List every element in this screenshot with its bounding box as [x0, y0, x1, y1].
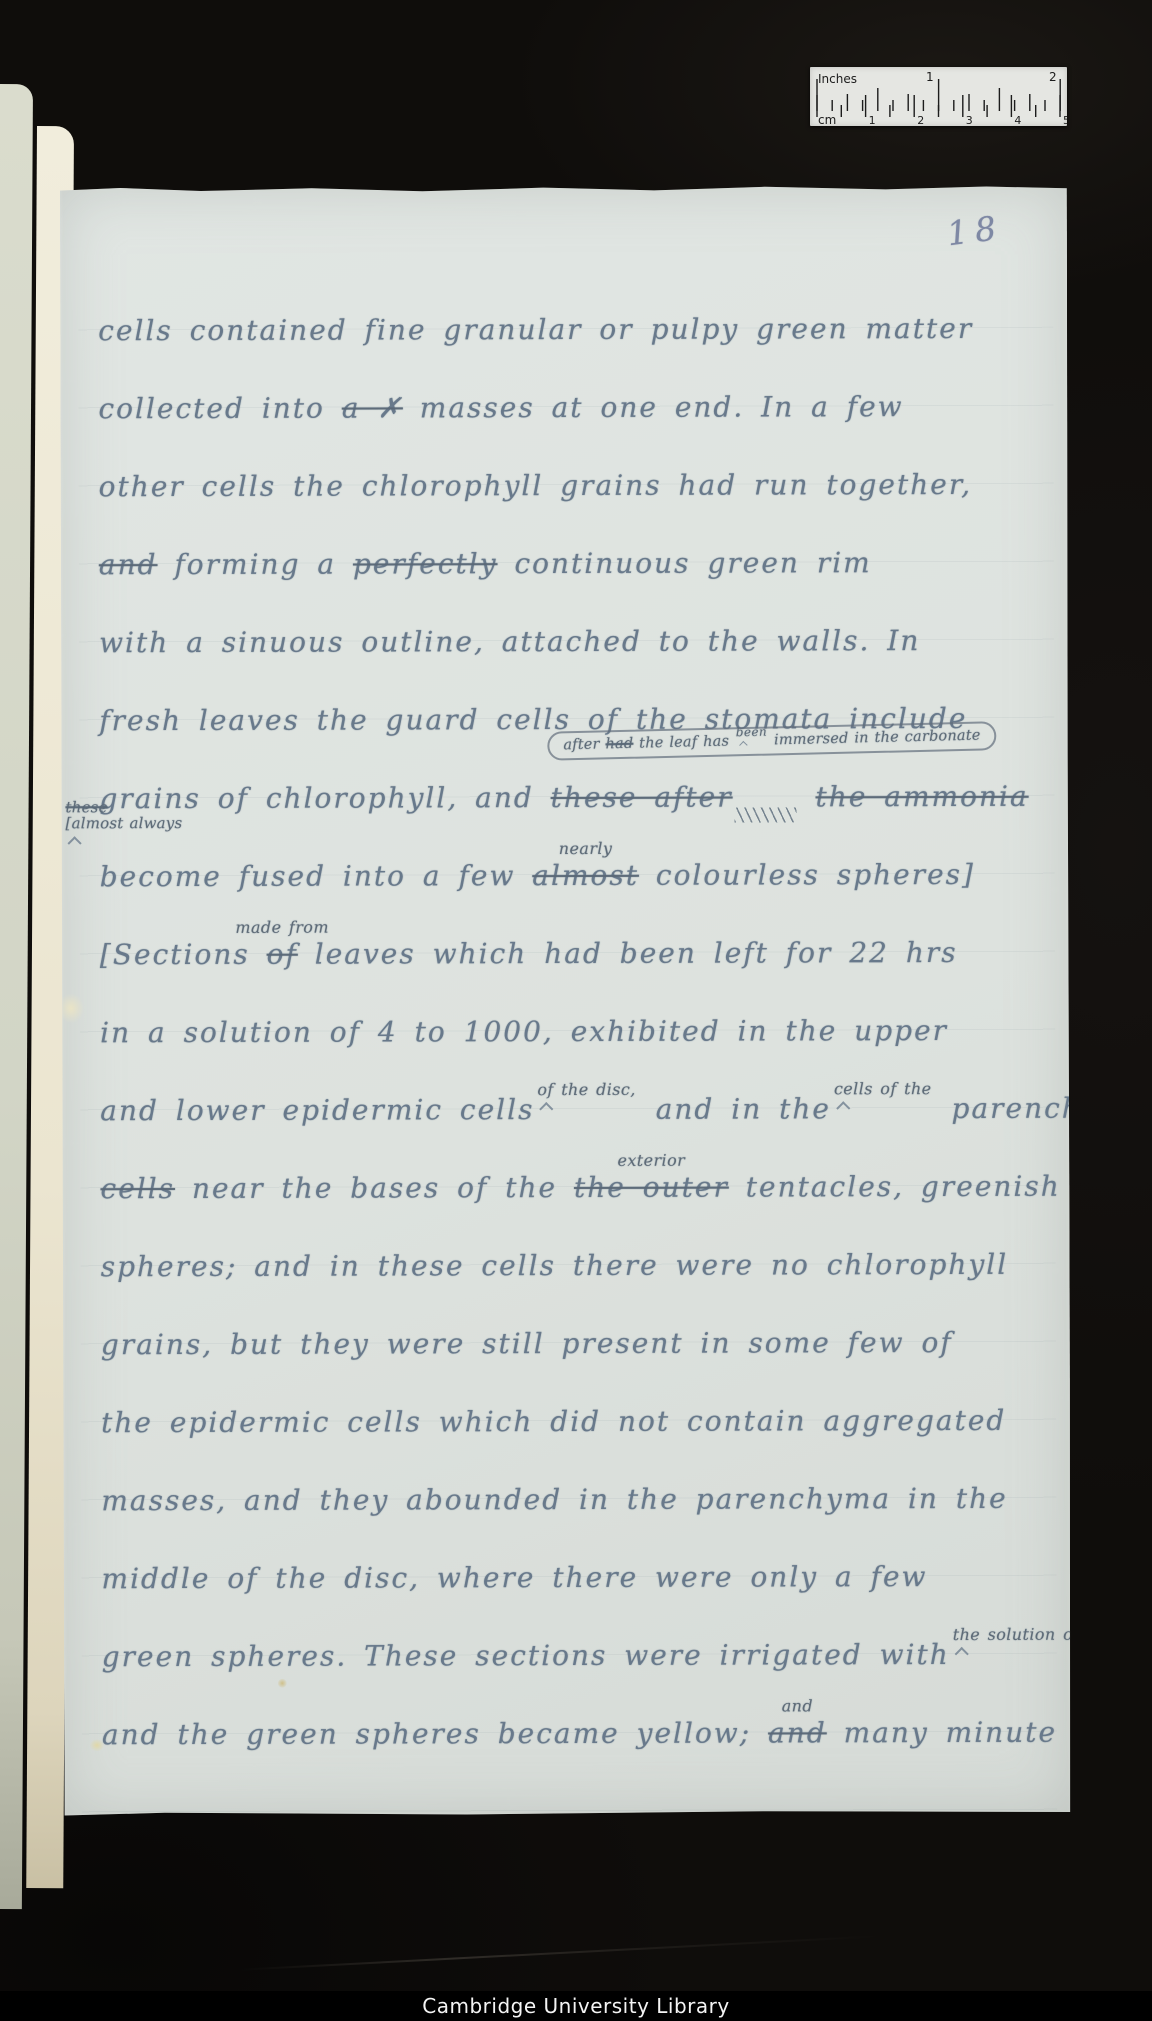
- footer-band: Cambridge University Library: [0, 1991, 1152, 2021]
- handwritten-text: middle of the disc, where there were onl…: [101, 1560, 927, 1595]
- handwritten-text: colourless spheres]: [639, 858, 975, 892]
- library-credit: Cambridge University Library: [422, 1994, 729, 2018]
- manuscript-line: grains, but they were still present in s…: [101, 1304, 1058, 1385]
- struck-text: the outerexterior: [574, 1171, 729, 1204]
- struck-text: cells: [100, 1172, 175, 1205]
- ruler-inch-number: 1: [926, 70, 934, 84]
- interlinear-insertion: cells of the: [834, 1081, 932, 1097]
- handwritten-text: continuous green rim: [497, 546, 871, 580]
- handwritten-text: and in the: [639, 1092, 831, 1126]
- handwritten-text: collected into: [98, 392, 341, 426]
- struck-text: a ✗: [342, 391, 403, 424]
- handwritten-text: [799, 780, 816, 813]
- margin-note: these[almost always: [65, 798, 182, 832]
- photo-stage: Inches12cm12345 18 cells contained fine …: [0, 0, 1152, 2021]
- handwritten-text: spheres; and in these cells there were n…: [101, 1248, 1009, 1283]
- manuscript-lines: cells contained fine granular or pulpy g…: [98, 290, 1059, 1775]
- manuscript-line: cells near the bases of the the outerext…: [100, 1148, 1057, 1229]
- manuscript-line: other cells the chlorophyll grains had r…: [99, 446, 1056, 527]
- manuscript-line: cells contained fine granular or pulpy g…: [98, 290, 1055, 371]
- handwritten-text: green spheres. These sections were irrig…: [102, 1638, 950, 1673]
- struck-text: the ammonia: [815, 780, 1028, 814]
- manuscript-line: the epidermic cells which did not contai…: [101, 1382, 1058, 1463]
- manuscript-line: and lower epidermic cellsof the disc, an…: [100, 1070, 1057, 1151]
- handwritten-text: tentacles, greenish: [729, 1170, 1061, 1204]
- interlinear-insertion: of the disc,: [537, 1082, 635, 1098]
- measurement-ruler: Inches12cm12345: [810, 67, 1067, 126]
- handwritten-text: masses, and they abounded in the parench…: [101, 1482, 1007, 1517]
- handwritten-text: [Sections: [100, 938, 267, 971]
- caret-mark: [955, 1647, 969, 1661]
- manuscript-line: these[almost alwaysbecome fused into a f…: [100, 836, 1057, 917]
- manuscript-line: masses, and they abounded in the parench…: [101, 1460, 1058, 1541]
- manuscript-line: and forming a perfectly continuous green…: [99, 524, 1056, 605]
- handwritten-text: grains, but they were still present in s…: [101, 1326, 953, 1361]
- manuscript-line: after had the leaf has been immersed in …: [99, 758, 1056, 839]
- manuscript-line: with a sinuous outline, attached to the …: [99, 602, 1056, 683]
- inserted-word: nearly: [559, 841, 613, 857]
- struck-text: had: [605, 736, 633, 753]
- inserted-word: exterior: [617, 1153, 685, 1169]
- caret-mark: [836, 1101, 850, 1115]
- handwritten-text: forming a: [157, 548, 353, 582]
- handwritten-text: leaves which had been left for 22 hrs: [298, 936, 958, 971]
- manuscript-line: in a solution of 4 to 1000, exhibited in…: [100, 992, 1057, 1073]
- struck-text: almostnearly: [532, 859, 639, 892]
- struck-text: andand: [768, 1716, 827, 1749]
- ruler-cm-number: 3: [966, 114, 973, 126]
- caret-mark: [539, 1102, 553, 1116]
- inserted-word: and: [782, 1698, 813, 1714]
- struck-text: ofmade from: [267, 938, 298, 971]
- ruler-cm-number: 2: [917, 114, 924, 126]
- margin-note-text: [almost always: [66, 814, 183, 832]
- inserted-word: made from: [235, 920, 329, 936]
- ruler-inch-number: 2: [1049, 70, 1057, 84]
- caret-mark: [739, 741, 747, 749]
- ruler-scale: Inches12cm12345: [810, 67, 1067, 126]
- handwritten-text: become fused into a few: [100, 859, 533, 893]
- ruler-cm-label: cm: [818, 113, 836, 126]
- manuscript-line: [Sections ofmade from leaves which had b…: [100, 914, 1057, 995]
- ruler-cm-number: 4: [1014, 114, 1021, 126]
- handwritten-text: and lower epidermic cells: [100, 1093, 534, 1127]
- handwritten-text: many minute: [827, 1716, 1057, 1750]
- manuscript-line: green spheres. These sections were irrig…: [102, 1616, 1059, 1697]
- handwritten-text: after: [563, 736, 606, 753]
- page-number: 18: [945, 208, 1005, 254]
- ruler-cm-number: 1: [869, 114, 876, 126]
- handwritten-text: in a solution of 4 to 1000, exhibited in…: [100, 1014, 948, 1049]
- handwritten-text: cells contained fine granular or pulpy g…: [98, 312, 973, 347]
- struck-text: these after: [551, 781, 733, 814]
- handwritten-text: immersed in the carbonate: [768, 728, 981, 749]
- handwritten-text: other cells the chlorophyll grains had r…: [99, 468, 972, 503]
- handwritten-text: the epidermic cells which did not contai…: [101, 1404, 1006, 1439]
- struck-text: perfectly: [353, 547, 498, 580]
- interlinear-insertion: been: [736, 724, 768, 741]
- manuscript-line: and the green spheres became yellow; and…: [102, 1694, 1059, 1775]
- interlinear-insertion: the solution of: [953, 1627, 1080, 1643]
- handwritten-text: the leaf has: [633, 733, 735, 751]
- scribble-hatch-marks: [735, 807, 797, 822]
- struck-text: and: [99, 548, 158, 581]
- handwritten-text: and the green spheres became yellow;: [102, 1716, 768, 1751]
- handwritten-text: with a sinuous outline, attached to the …: [99, 624, 920, 659]
- handwritten-text: masses at one end. In a few: [403, 390, 904, 424]
- manuscript-line: middle of the disc, where there were onl…: [101, 1538, 1058, 1619]
- manuscript-page: 18 cells contained fine granular or pulp…: [60, 185, 1071, 1817]
- handwritten-text: near the bases of the: [175, 1171, 574, 1205]
- ruler-inches-label: Inches: [818, 72, 857, 86]
- manuscript-line: collected into a ✗ masses at one end. In…: [98, 368, 1055, 449]
- manuscript-line: spheres; and in these cells there were n…: [101, 1226, 1058, 1307]
- ruler-cm-number: 5: [1063, 114, 1067, 126]
